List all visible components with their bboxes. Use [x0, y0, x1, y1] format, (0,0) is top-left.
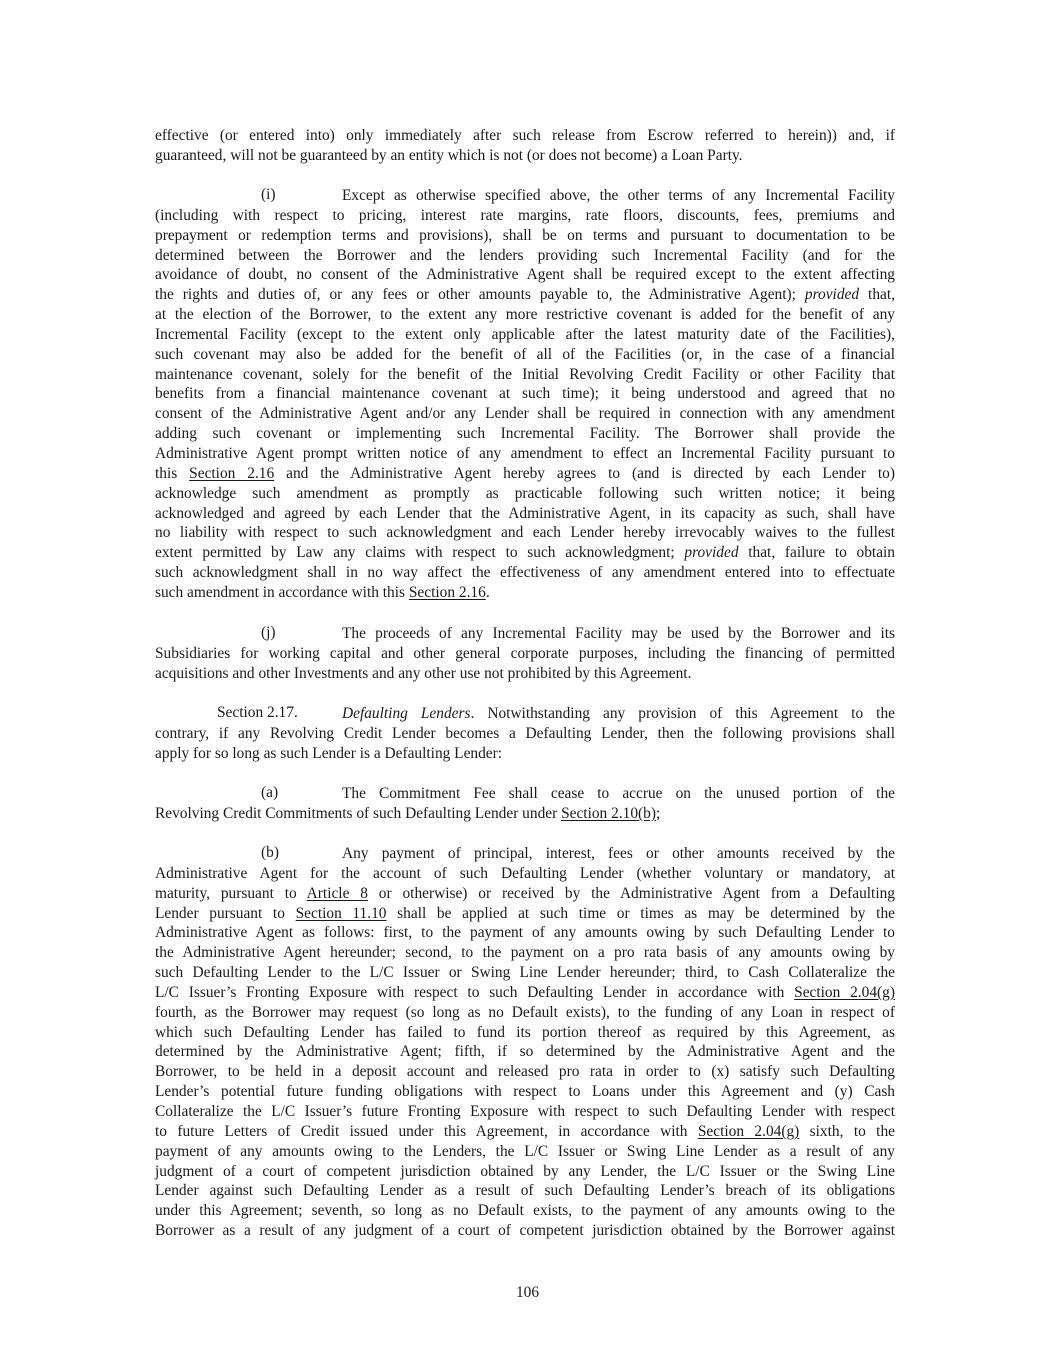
- text-line: acknowledge such amendment as promptly a…: [155, 484, 895, 504]
- text-run: Administrative Agent prompt written noti…: [155, 445, 895, 462]
- text-run: maintenance covenant, solely for the ben…: [155, 366, 895, 383]
- text-line: Lender against such Defaulting Lender as…: [155, 1181, 895, 1201]
- paragraph-section-2-17: Section 2.17.Defaulting Lenders. Notwith…: [155, 704, 895, 764]
- text-run: such acknowledgment shall in no way affe…: [155, 564, 895, 581]
- text-line: no liability with respect to such acknow…: [155, 523, 895, 543]
- text-run: effective (or entered into) only immedia…: [155, 127, 895, 144]
- text-run: L/C Issuer’s Fronting Exposure with resp…: [155, 984, 794, 1001]
- text-line: Borrower as a result of any judgment of …: [155, 1221, 895, 1241]
- paragraph-clause-j: (j)The proceeds of any Incremental Facil…: [155, 624, 895, 684]
- text-run: (including with respect to pricing, inte…: [155, 207, 895, 224]
- text-line: the rights and duties of, or any fees or…: [155, 285, 895, 305]
- text-run: sixth, to the: [799, 1123, 895, 1140]
- text-run: guaranteed, will not be guaranteed by an…: [155, 147, 743, 164]
- text-line: this Section 2.16 and the Administrative…: [155, 464, 895, 484]
- italic-term: provided: [684, 544, 738, 561]
- text-run: .: [486, 584, 490, 601]
- text-run: which such Defaulting Lender has failed …: [155, 1024, 895, 1041]
- text-run: Lender’s potential future funding obliga…: [155, 1083, 895, 1100]
- text-line: Subsidiaries for working capital and oth…: [155, 644, 895, 664]
- text-line: consent of the Administrative Agent and/…: [155, 404, 895, 424]
- text-line: L/C Issuer’s Fronting Exposure with resp…: [155, 983, 895, 1003]
- text-line: Lender pursuant to Section 11.10 shall b…: [155, 904, 895, 924]
- text-run: the rights and duties of, or any fees or…: [155, 286, 805, 303]
- clause-label: (b): [261, 844, 279, 862]
- paragraph-clause-i: (i)Except as otherwise specified above, …: [155, 186, 895, 603]
- text-line: Revolving Credit Commitments of such Def…: [155, 804, 895, 824]
- text-run: Except as otherwise specified above, the…: [342, 187, 895, 204]
- text-run: Collateralize the L/C Issuer’s future Fr…: [155, 1103, 895, 1120]
- text-line: extent permitted by Law any claims with …: [155, 543, 895, 563]
- text-run: determined between the Borrower and the …: [155, 247, 895, 264]
- cross-reference-link[interactable]: Article 8: [307, 885, 368, 902]
- text-run: at the election of the Borrower, to the …: [155, 306, 895, 323]
- text-line: such covenant may also be added for the …: [155, 345, 895, 365]
- text-line: Administrative Agent for the account of …: [155, 864, 895, 884]
- text-line: acknowledged and agreed by each Lender t…: [155, 504, 895, 524]
- text-run: no liability with respect to such acknow…: [155, 524, 895, 541]
- text-line: Administrative Agent as follows: first, …: [155, 923, 895, 943]
- text-run: prepayment or redemption terms and provi…: [155, 227, 895, 244]
- text-run: The Commitment Fee shall cease to accrue…: [342, 785, 895, 802]
- text-run: under this Agreement; seventh, so long a…: [155, 1202, 895, 1219]
- text-run: maturity, pursuant to: [155, 885, 307, 902]
- text-run: such Defaulting Lender to the L/C Issuer…: [155, 964, 895, 981]
- text-run: Incremental Facility (except to the exte…: [155, 326, 895, 343]
- text-line: such Defaulting Lender to the L/C Issuer…: [155, 963, 895, 983]
- text-run: to future Letters of Credit issued under…: [155, 1123, 698, 1140]
- clause-label: (j): [261, 624, 276, 642]
- italic-term: provided: [805, 286, 859, 303]
- text-run: Borrower, to be held in a deposit accoun…: [155, 1063, 895, 1080]
- text-line: maturity, pursuant to Article 8 or other…: [155, 884, 895, 904]
- clause-label: (a): [261, 784, 278, 802]
- text-run: . Notwithstanding any provision of this …: [470, 705, 895, 722]
- text-line: payment of any amounts owing to the Lend…: [155, 1142, 895, 1162]
- text-run: or otherwise) or received by the Adminis…: [368, 885, 895, 902]
- text-run: avoidance of doubt, no consent of the Ad…: [155, 266, 895, 283]
- text-run: extent permitted by Law any claims with …: [155, 544, 684, 561]
- text-run: payment of any amounts owing to the Lend…: [155, 1143, 895, 1160]
- text-run: acknowledged and agreed by each Lender t…: [155, 505, 895, 522]
- text-run: Lender pursuant to: [155, 905, 296, 922]
- text-line: which such Defaulting Lender has failed …: [155, 1023, 895, 1043]
- cross-reference-link[interactable]: Section 2.04(g): [698, 1123, 799, 1140]
- text-line: at the election of the Borrower, to the …: [155, 305, 895, 325]
- italic-term: Defaulting Lenders: [342, 705, 470, 722]
- text-run: and the Administrative Agent hereby agre…: [274, 465, 895, 482]
- text-run: Administrative Agent as follows: first, …: [155, 924, 895, 941]
- paragraph-continuation: effective (or entered into) only immedia…: [155, 126, 895, 166]
- text-run: this: [155, 465, 189, 482]
- text-run: Lender against such Defaulting Lender as…: [155, 1182, 895, 1199]
- text-run: Subsidiaries for working capital and oth…: [155, 645, 895, 662]
- text-run: judgment of a court of competent jurisdi…: [155, 1163, 895, 1180]
- text-run: The proceeds of any Incremental Facility…: [342, 625, 895, 642]
- text-run: Any payment of principal, interest, fees…: [342, 845, 895, 862]
- text-line: Collateralize the L/C Issuer’s future Fr…: [155, 1102, 895, 1122]
- page-number: 106: [0, 1284, 1055, 1302]
- text-line: Borrower, to be held in a deposit accoun…: [155, 1062, 895, 1082]
- text-run: determined by the Administrative Agent; …: [155, 1043, 895, 1060]
- text-run: shall be applied at such time or times a…: [387, 905, 895, 922]
- text-line: judgment of a court of competent jurisdi…: [155, 1162, 895, 1182]
- text-run: such amendment in accordance with this: [155, 584, 409, 601]
- text-line: to future Letters of Credit issued under…: [155, 1122, 895, 1142]
- text-run: contrary, if any Revolving Credit Lender…: [155, 725, 895, 742]
- document-page: effective (or entered into) only immedia…: [0, 0, 1055, 1365]
- text-line: determined by the Administrative Agent; …: [155, 1042, 895, 1062]
- text-line: such acknowledgment shall in no way affe…: [155, 563, 895, 583]
- clause-label: Section 2.17.: [217, 704, 298, 722]
- text-run: acknowledge such amendment as promptly a…: [155, 485, 895, 502]
- text-run: Borrower as a result of any judgment of …: [155, 1222, 895, 1239]
- cross-reference-link[interactable]: Section 2.10(b): [561, 805, 656, 822]
- clause-label: (i): [261, 186, 276, 204]
- text-run: acquisitions and other Investments and a…: [155, 665, 691, 682]
- text-run: ;: [656, 805, 660, 822]
- text-line: guaranteed, will not be guaranteed by an…: [155, 146, 895, 166]
- cross-reference-link[interactable]: Section 2.16: [409, 584, 486, 601]
- text-run: Administrative Agent for the account of …: [155, 865, 895, 882]
- text-run: adding such covenant or implementing suc…: [155, 425, 895, 442]
- paragraph-clause-a: (a)The Commitment Fee shall cease to acc…: [155, 784, 895, 824]
- text-line: maintenance covenant, solely for the ben…: [155, 365, 895, 385]
- cross-reference-link[interactable]: Section 2.16: [189, 465, 274, 482]
- text-line: the Administrative Agent hereunder; seco…: [155, 943, 895, 963]
- text-run: apply for so long as such Lender is a De…: [155, 745, 502, 762]
- text-run: fourth, as the Borrower may request (so …: [155, 1004, 895, 1021]
- text-line: Administrative Agent prompt written noti…: [155, 444, 895, 464]
- text-line: adding such covenant or implementing suc…: [155, 424, 895, 444]
- text-run: such covenant may also be added for the …: [155, 346, 895, 363]
- text-line: avoidance of doubt, no consent of the Ad…: [155, 265, 895, 285]
- text-line: contrary, if any Revolving Credit Lender…: [155, 724, 895, 744]
- text-run: consent of the Administrative Agent and/…: [155, 405, 895, 422]
- text-line: prepayment or redemption terms and provi…: [155, 226, 895, 246]
- cross-reference-link[interactable]: Section 2.04(g): [794, 984, 895, 1001]
- text-line: Incremental Facility (except to the exte…: [155, 325, 895, 345]
- text-line: under this Agreement; seventh, so long a…: [155, 1201, 895, 1221]
- text-line: fourth, as the Borrower may request (so …: [155, 1003, 895, 1023]
- text-run: the Administrative Agent hereunder; seco…: [155, 944, 895, 961]
- text-run: that, failure to obtain: [739, 544, 895, 561]
- text-line: determined between the Borrower and the …: [155, 246, 895, 266]
- text-line: such amendment in accordance with this S…: [155, 583, 895, 603]
- cross-reference-link[interactable]: Section 11.10: [296, 905, 387, 922]
- text-run: benefits from a financial maintenance co…: [155, 385, 895, 402]
- text-line: benefits from a financial maintenance co…: [155, 384, 895, 404]
- text-line: acquisitions and other Investments and a…: [155, 664, 895, 684]
- text-line: effective (or entered into) only immedia…: [155, 126, 895, 146]
- text-run: that,: [859, 286, 895, 303]
- text-line: apply for so long as such Lender is a De…: [155, 744, 895, 764]
- paragraph-clause-b: (b)Any payment of principal, interest, f…: [155, 844, 895, 1241]
- text-line: (including with respect to pricing, inte…: [155, 206, 895, 226]
- text-line: Lender’s potential future funding obliga…: [155, 1082, 895, 1102]
- text-run: Revolving Credit Commitments of such Def…: [155, 805, 561, 822]
